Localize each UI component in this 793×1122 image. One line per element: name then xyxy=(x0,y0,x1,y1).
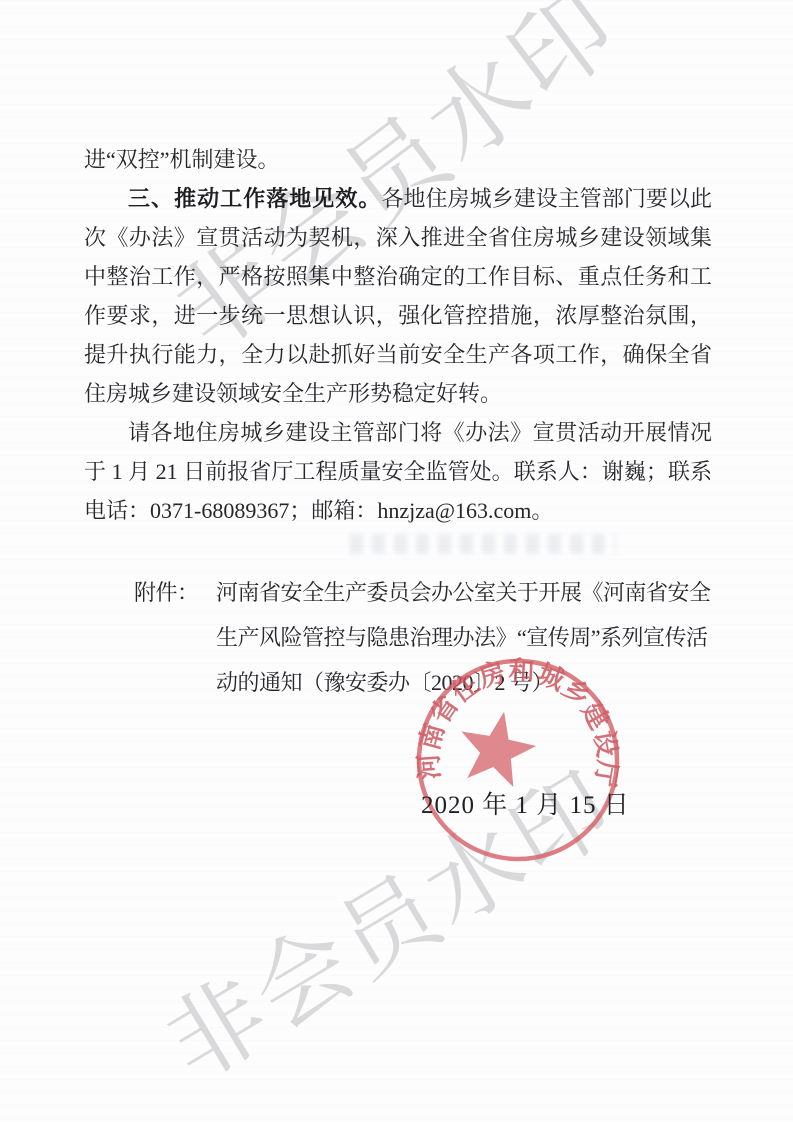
seal-star-icon xyxy=(459,709,538,788)
document-body: 进“双控”机制建设。 三、推动工作落地见效。各地住房城乡建设主管部门要以此次《办… xyxy=(84,140,712,705)
paragraph-section-three: 三、推动工作落地见效。各地住房城乡建设主管部门要以此次《办法》宣贯活动为契机，深… xyxy=(84,179,712,413)
document-page: 非会员水印 非会员水印 进“双控”机制建设。 三、推动工作落地见效。各地住房城乡… xyxy=(0,0,793,1122)
svg-text:河南省住房和城乡建设厅: 河南省住房和城乡建设厅 xyxy=(412,651,628,792)
section-three-text: 各地住房城乡建设主管部门要以此次《办法》宣贯活动为契机，深入推进全省住房城乡建设… xyxy=(84,186,712,406)
seal-text: 河南省住房和城乡建设厅 xyxy=(412,651,628,792)
document-date: 2020 年 1 月 15 日 xyxy=(421,785,630,821)
official-seal: 河南省住房和城乡建设厅 xyxy=(407,649,630,872)
section-three-heading: 三、推动工作落地见效。 xyxy=(128,186,381,211)
paragraph-report-request: 请各地住房城乡建设主管部门将《办法》宣贯活动开展情况于 1 月 21 日前报省厅… xyxy=(84,413,712,530)
attachment-title-line-1: 河南省安全生产委员会办公室关于开展《河南省安全 xyxy=(216,570,712,615)
attachment-label: 附件： xyxy=(134,570,216,705)
paragraph-mechanism-continuation: 进“双控”机制建设。 xyxy=(84,140,712,179)
